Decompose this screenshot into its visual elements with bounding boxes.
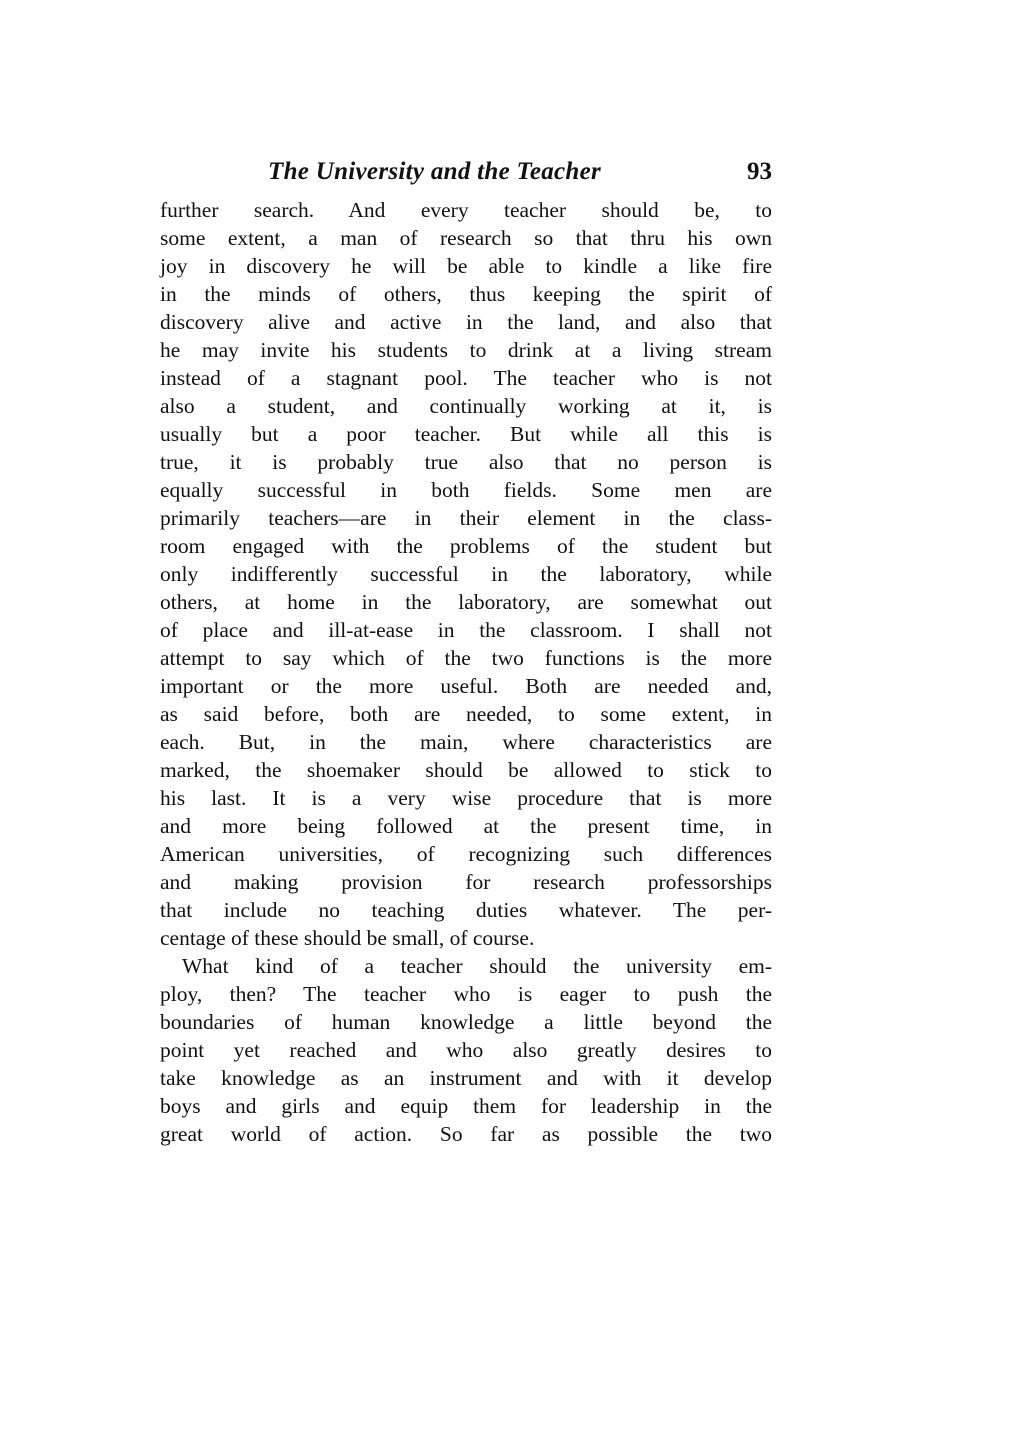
text-line: important or the more useful. Both are n… — [160, 672, 772, 700]
text-line: primarily teachers—are in their element … — [160, 504, 772, 532]
text-line: and more being followed at the present t… — [160, 812, 772, 840]
text-line: he may invite his students to drink at a… — [160, 336, 772, 364]
text-line: American universities, of recognizing su… — [160, 840, 772, 868]
text-line: in the minds of others, thus keeping the… — [160, 280, 772, 308]
running-head: The University and the Teacher 93 — [160, 158, 772, 192]
text-line: great world of action. So far as possibl… — [160, 1120, 772, 1148]
book-page: The University and the Teacher 93 furthe… — [0, 0, 1010, 1454]
text-line: boys and girls and equip them for leader… — [160, 1092, 772, 1120]
text-line: others, at home in the laboratory, are s… — [160, 588, 772, 616]
text-line: further search. And every teacher should… — [160, 196, 772, 224]
text-line: of place and ill-at-ease in the classroo… — [160, 616, 772, 644]
text-line: also a student, and continually working … — [160, 392, 772, 420]
text-line: centage of these should be small, of cou… — [160, 924, 772, 952]
text-line: What kind of a teacher should the univer… — [160, 952, 772, 980]
running-title: The University and the Teacher — [268, 158, 601, 186]
text-line: true, it is probably true also that no p… — [160, 448, 772, 476]
paragraph-1: further search. And every teacher should… — [160, 196, 772, 952]
text-line: his last. It is a very wise procedure th… — [160, 784, 772, 812]
text-line: point yet reached and who also greatly d… — [160, 1036, 772, 1064]
text-line: joy in discovery he will be able to kind… — [160, 252, 772, 280]
text-line: room engaged with the problems of the st… — [160, 532, 772, 560]
text-line: some extent, a man of research so that t… — [160, 224, 772, 252]
text-line: boundaries of human knowledge a little b… — [160, 1008, 772, 1036]
text-line: take knowledge as an instrument and with… — [160, 1064, 772, 1092]
text-line: attempt to say which of the two function… — [160, 644, 772, 672]
text-line: each. But, in the main, where characteri… — [160, 728, 772, 756]
text-line: marked, the shoemaker should be allowed … — [160, 756, 772, 784]
text-line: instead of a stagnant pool. The teacher … — [160, 364, 772, 392]
text-line: discovery alive and active in the land, … — [160, 308, 772, 336]
text-line: that include no teaching duties whatever… — [160, 896, 772, 924]
text-line: only indifferently successful in the lab… — [160, 560, 772, 588]
text-line: and making provision for research profes… — [160, 868, 772, 896]
text-line: as said before, both are needed, to some… — [160, 700, 772, 728]
page-number: 93 — [747, 158, 772, 186]
body-text: further search. And every teacher should… — [160, 196, 772, 1148]
text-line: usually but a poor teacher. But while al… — [160, 420, 772, 448]
text-line: equally successful in both fields. Some … — [160, 476, 772, 504]
text-line: ploy, then? The teacher who is eager to … — [160, 980, 772, 1008]
paragraph-2: What kind of a teacher should the univer… — [160, 952, 772, 1148]
